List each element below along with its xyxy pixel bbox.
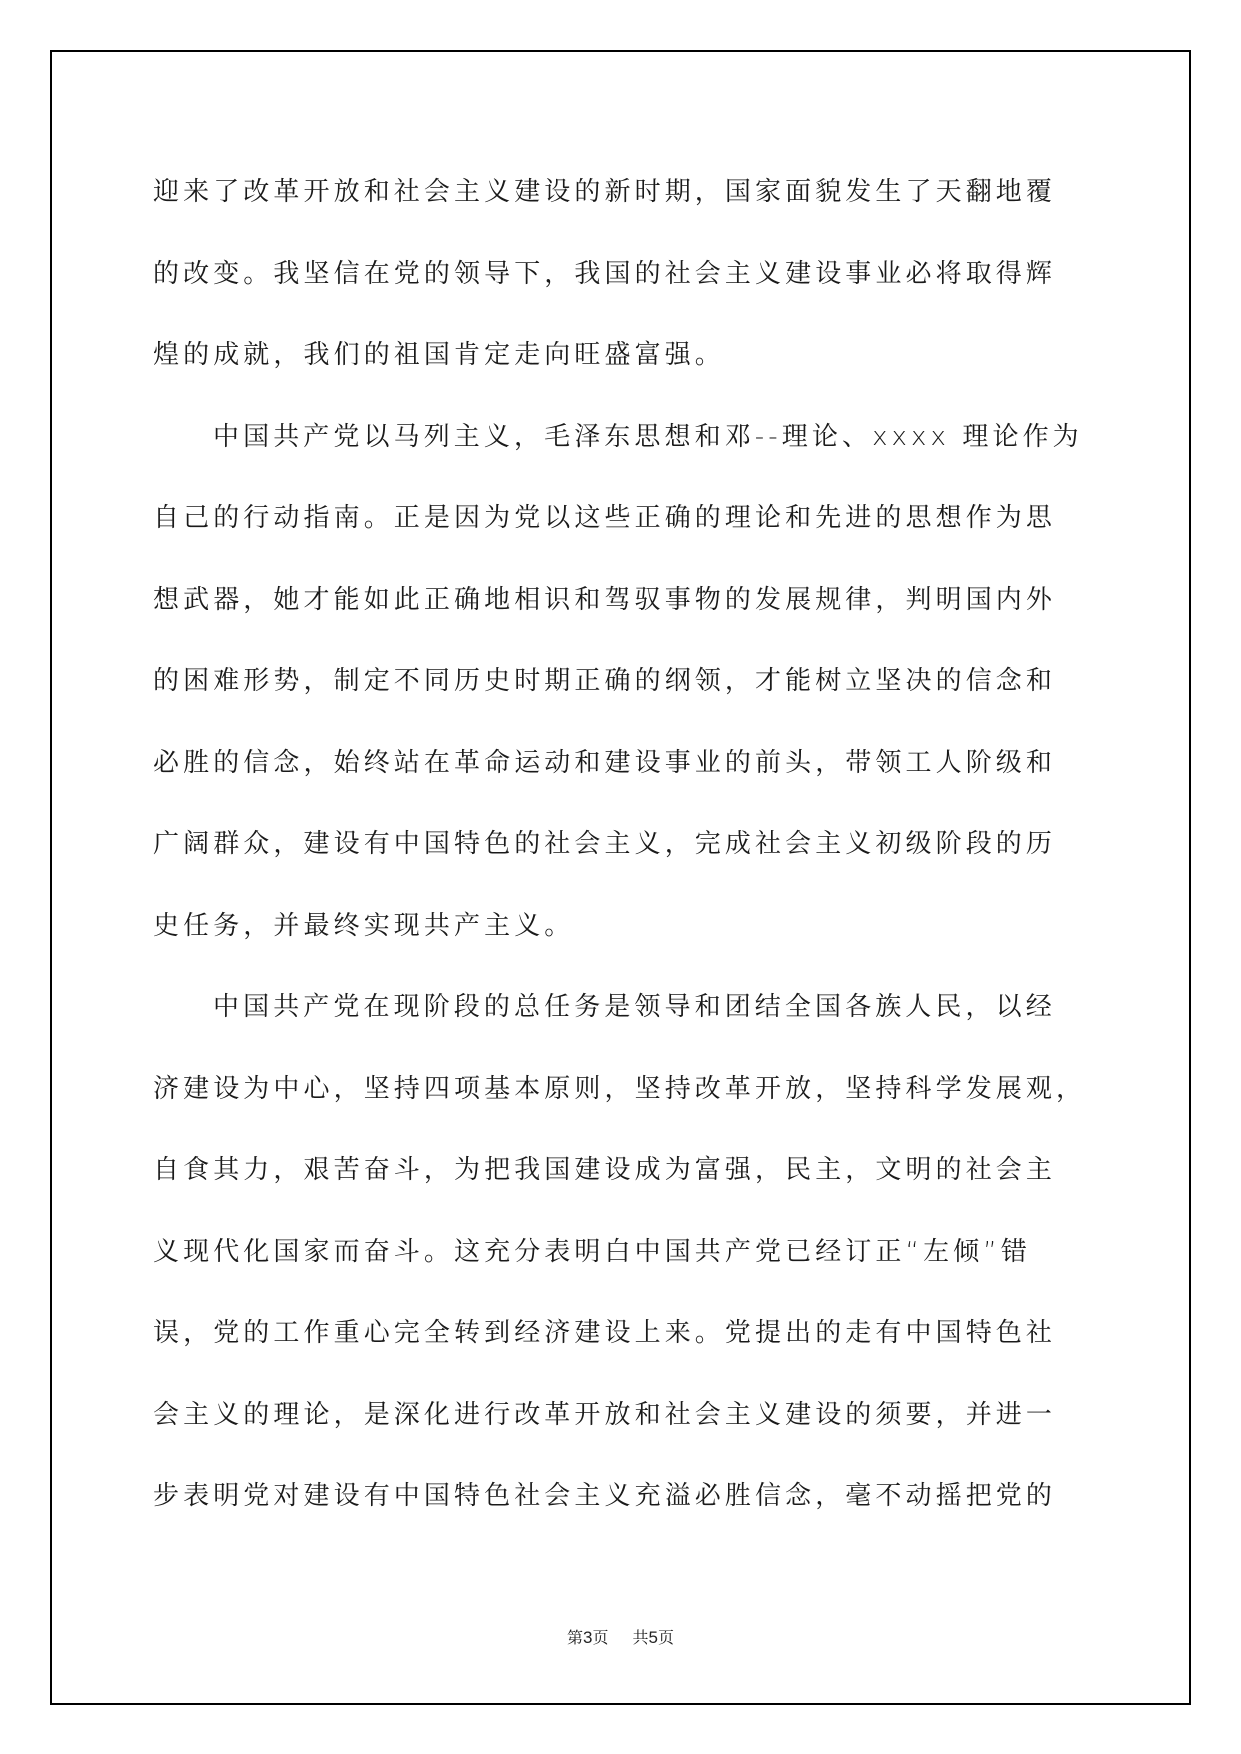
text-line: 会主义的理论，是深化进行改革开放和社会主义建设的须要，并进一 (153, 1398, 1056, 1432)
text-line: 义现代化国家而奋斗。这充分表明白中国共产党已经订正“左倾”错 (153, 1235, 1031, 1269)
text-line: 误，党的工作重心完全转到经济建设上来。党提出的走有中国特色社 (153, 1316, 1056, 1350)
text-line: 史任务，并最终实现共产主义。 (153, 909, 574, 943)
text-line: 必胜的信念，始终站在革命运动和建设事业的前头，带领工人阶级和 (153, 746, 1056, 780)
text-line: 的困难形势，制定不同历史时期正确的纲领，才能树立坚决的信念和 (153, 664, 1056, 698)
page-footer: 第3页共5页 (0, 1628, 1241, 1649)
text-line: 的改变。我坚信在党的领导下，我国的社会主义建设事业必将取得辉 (153, 257, 1056, 291)
text-line: 自己的行动指南。正是因为党以这些正确的理论和先进的思想作为思 (153, 501, 1056, 535)
page-border (50, 50, 1191, 1705)
paragraph-start-line: 中国共产党在现阶段的总任务是领导和团结全国各族人民，以经 (153, 990, 1056, 1024)
total-prefix: 共 (633, 1630, 649, 1647)
text-line: 济建设为中心，坚持四项基本原则，坚持改革开放，坚持科学发展观， (153, 1072, 1086, 1106)
total-pages-number: 5 (649, 1628, 658, 1647)
text-line: 广阔群众，建设有中国特色的社会主义，完成社会主义初级阶段的历 (153, 827, 1056, 861)
text-line: 想武器，她才能如此正确地相识和驾驭事物的发展规律，判明国内外 (153, 583, 1056, 617)
total-suffix: 页 (658, 1630, 674, 1647)
text-line: 步表明党对建设有中国特色社会主义充溢必胜信念，毫不动摇把党的 (153, 1479, 1056, 1513)
text-line: 煌的成就，我们的祖国肯定走向旺盛富强。 (153, 338, 725, 372)
page-prefix: 第 (567, 1630, 583, 1647)
text-line: 自食其力，艰苦奋斗，为把我国建设成为富强，民主，文明的社会主 (153, 1153, 1056, 1187)
paragraph-start-line: 中国共产党以马列主义，毛泽东思想和邓--理论、xxxx 理论作为 (153, 420, 1083, 454)
text-line: 迎来了改革开放和社会主义建设的新时期，国家面貌发生了天翻地覆 (153, 175, 1056, 209)
page-suffix: 页 (592, 1630, 608, 1647)
